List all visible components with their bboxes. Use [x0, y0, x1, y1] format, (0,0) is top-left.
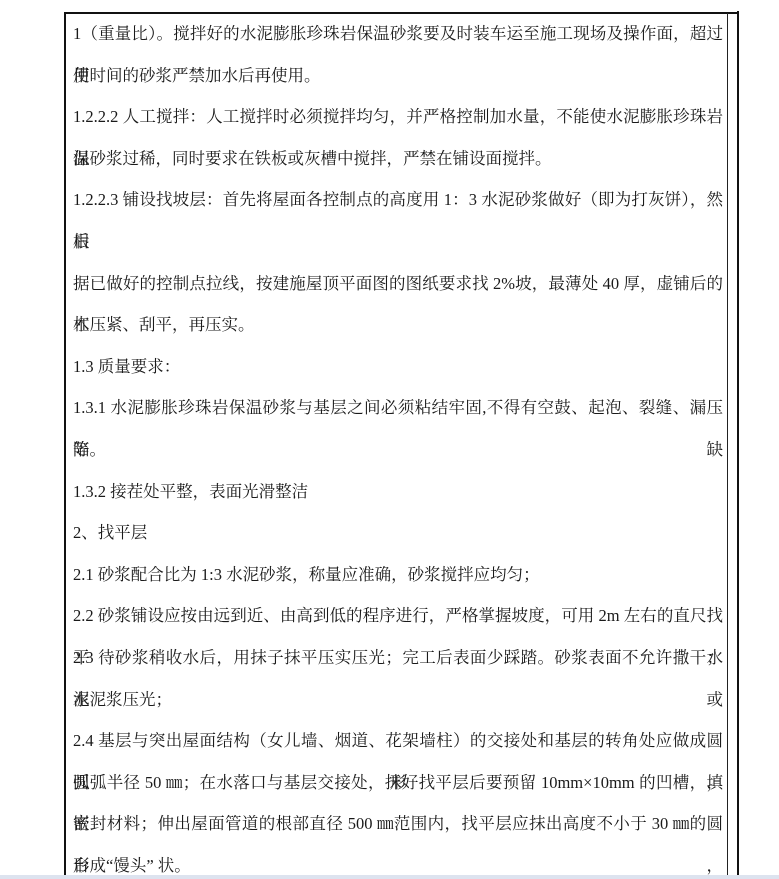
- text-line: 1.2.2.2 人工搅拌：人工搅拌时必须搅拌均匀，并严格控制加水量，不能使水泥膨…: [73, 96, 723, 138]
- text-line: 密封材料；伸出屋面管道的根部直径 500 ㎜范围内，找平层应抹出高度不小于 30…: [73, 803, 723, 845]
- window-bottom-edge: [0, 875, 779, 879]
- document-page: 1（重量比）。搅拌好的水泥膨胀珍珠岩保温砂浆要及时装车运至施工现场及操作面，超过…: [0, 0, 779, 879]
- text-line: 1（重量比）。搅拌好的水泥膨胀珍珠岩保温砂浆要及时装车运至施工现场及操作面，超过…: [73, 13, 723, 55]
- table-cell-text-area[interactable]: 1（重量比）。搅拌好的水泥膨胀珍珠岩保温砂浆要及时装车运至施工现场及操作面，超过…: [73, 13, 723, 879]
- text-line: 杠压紧、刮平，再压实。: [73, 304, 723, 346]
- table-cell-left-border: [64, 12, 66, 879]
- text-line: 1.3 质量要求：: [73, 346, 723, 388]
- text-line: 圆弧半径 50 ㎜；在水落口与基层交接处，抹好找平层后要预留 10mm×10mm…: [73, 762, 723, 804]
- table-outer-right-border: [737, 11, 739, 879]
- text-line: 据已做好的控制点拉线，按建施屋顶平面图的图纸要求找 2%坡，最薄处 40 厚，虚…: [73, 263, 723, 305]
- text-line: 用时间的砂浆严禁加水后再使用。: [73, 55, 723, 97]
- text-line: 1.3.2 接茬处平整，表面光滑整洁: [73, 471, 723, 513]
- text-line: 2.1 砂浆配合比为 1:3 水泥砂浆，称量应准确，砂浆搅拌应均匀；: [73, 554, 723, 596]
- text-line: 根: [73, 221, 723, 263]
- text-line: 2、找平层: [73, 512, 723, 554]
- text-line: 2.2 砂浆铺设应按由远到近、由高到低的程序进行，严格掌握坡度，可用 2m 左右…: [73, 595, 723, 637]
- table-cell-right-border: [727, 13, 728, 879]
- text-line: 2.3 待砂浆稍收水后，用抹子抹平压实压光；完工后表面少踩踏。砂浆表面不允许撒干…: [73, 637, 723, 679]
- text-line: 温砂浆过稀，同时要求在铁板或灰槽中搅拌，严禁在铺设面搅拌。: [73, 138, 723, 180]
- text-line: 1.3.1 水泥膨胀珍珠岩保温砂浆与基层之间必须粘结牢固,不得有空鼓、起泡、裂缝…: [73, 387, 723, 429]
- text-line: 2.4 基层与突出屋面结构（女儿墙、烟道、花架墙柱）的交接处和基层的转角处应做成…: [73, 720, 723, 762]
- text-line: 1.2.2.3 铺设找坡层：首先将屋面各控制点的高度用 1：3 水泥砂浆做好（即…: [73, 179, 723, 221]
